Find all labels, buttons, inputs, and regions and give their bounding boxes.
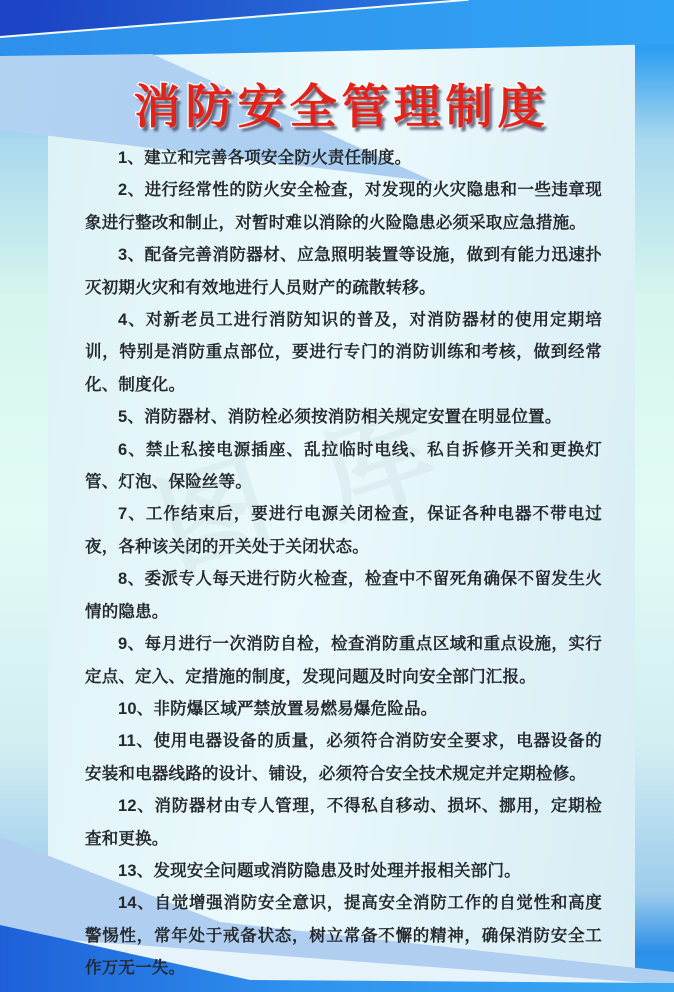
rule-item: 6、禁止私接电源插座、乱拉临时电线、私自拆修开关和更换灯管、灯泡、保险丝等。 (85, 434, 602, 499)
rule-item: 11、使用电器设备的质量，必须符合消防安全要求，电器设备的安装和电器线路的设计、… (85, 725, 602, 790)
rule-item: 1、建立和完善各项安全防火责任制度。 (85, 142, 602, 174)
rule-item: 13、发现安全问题或消防隐患及时处理并报相关部门。 (85, 855, 602, 887)
rule-item: 2、进行经常性的防火安全检查，对发现的火灾隐患和一些违章现象进行整改和制止，对暂… (85, 174, 602, 239)
poster-content: 消防安全管理制度 1、建立和完善各项安全防火责任制度。2、进行经常性的防火安全检… (48, 40, 635, 972)
rule-item: 8、委派专人每天进行防火检查，检查中不留死角确保不留发生火情的隐患。 (85, 563, 602, 628)
poster-title: 消防安全管理制度 (48, 70, 635, 137)
rule-item: 10、非防爆区域严禁放置易燃易爆危险品。 (85, 693, 602, 725)
rule-item: 3、配备完善消防器材、应急照明装置等设施，做到有能力迅速扑灭初期火灾和有效地进行… (85, 239, 602, 304)
rule-item: 5、消防器材、消防栓必须按消防相关规定安置在明显位置。 (85, 401, 602, 433)
rule-item: 14、自觉增强消防安全意识，提高安全消防工作的自觉性和高度警惕性，常年处于戒备状… (85, 887, 602, 984)
rules-list: 1、建立和完善各项安全防火责任制度。2、进行经常性的防火安全检查，对发现的火灾隐… (85, 142, 602, 985)
rule-item: 12、消防器材由专人管理，不得私自移动、损坏、挪用，定期检查和更换。 (85, 790, 602, 855)
rule-item: 7、工作结束后，要进行电源关闭检查，保证各种电器不带电过夜，各种该关闭的开关处于… (85, 498, 602, 563)
rule-item: 4、对新老员工进行消防知识的普及，对消防器材的使用定期培训，特别是消防重点部位，… (85, 304, 602, 401)
rule-item: 9、每月进行一次消防自检，检查消防重点区域和重点设施，实行定点、定入、定措施的制… (85, 628, 602, 693)
